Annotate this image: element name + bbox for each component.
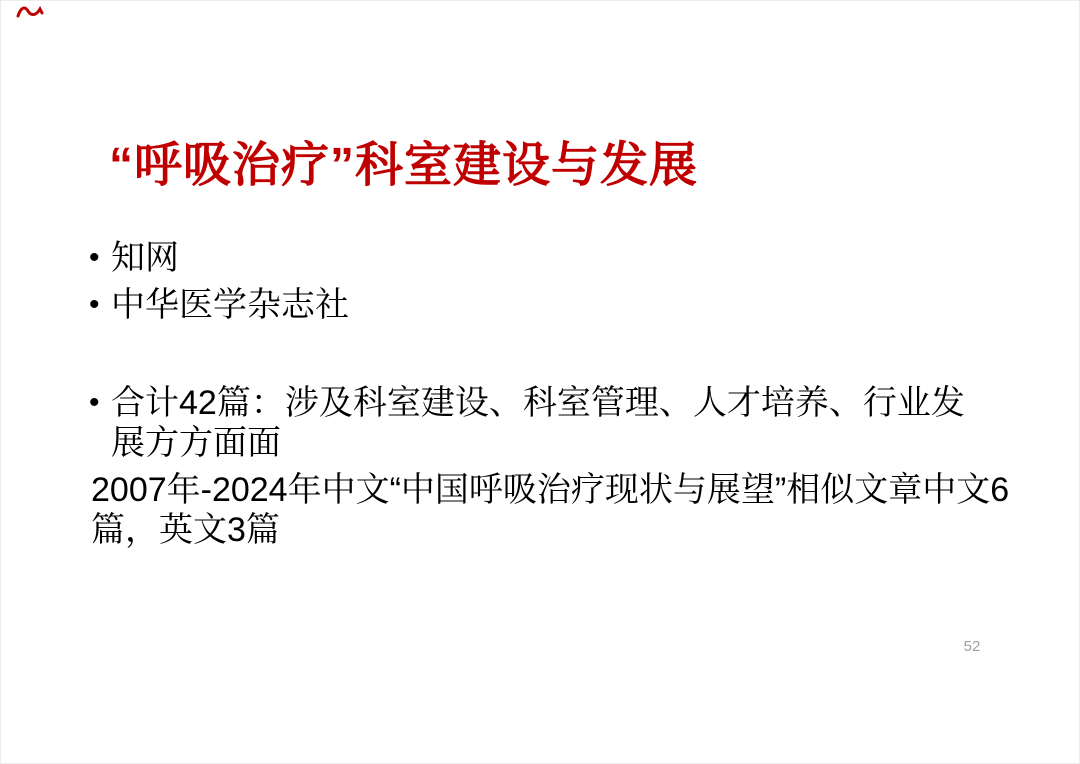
slide-title: “呼吸治疗”科室建设与发展 xyxy=(109,137,698,195)
bullet-text: 知网 xyxy=(111,238,179,278)
page-number: 52 xyxy=(946,638,998,655)
bullet-marker: • xyxy=(89,383,111,423)
slide: “呼吸治疗”科室建设与发展 • 知网 • 中华医学杂志社 • 合计42篇：涉及科… xyxy=(0,0,1080,764)
bullet-marker: • xyxy=(89,238,111,278)
bullet-item-zhiwang: • 知网 xyxy=(89,238,179,278)
bullet-item-total-articles: • 合计42篇：涉及科室建设、科室管理、人才培养、行业发展方方面面 xyxy=(89,383,991,463)
bullet-item-journal: • 中华医学杂志社 xyxy=(89,285,349,325)
bullet-text: 中华医学杂志社 xyxy=(111,285,349,325)
body-paragraph: 2007年-2024年中文“中国呼吸治疗现状与展望”相似文章中文6篇，英文3篇 xyxy=(91,470,1023,550)
red-scribble-icon xyxy=(15,4,45,20)
bullet-text: 合计42篇：涉及科室建设、科室管理、人才培养、行业发展方方面面 xyxy=(111,383,991,463)
bullet-marker: • xyxy=(89,285,111,325)
